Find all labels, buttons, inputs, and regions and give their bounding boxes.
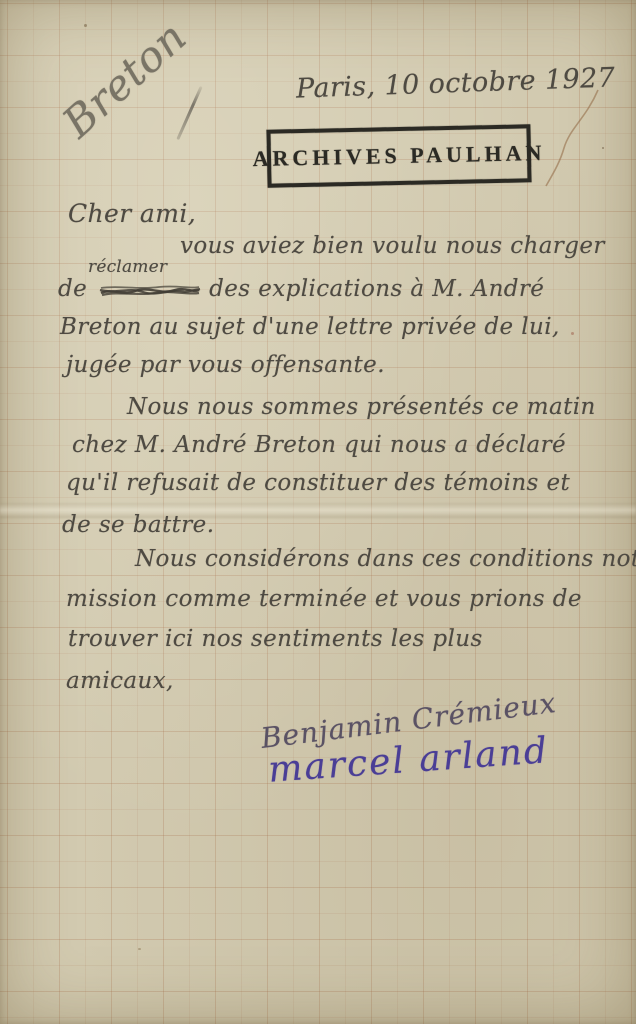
letter-page: Breton Paris, 10 octobre 1927 ARCHIVES P… xyxy=(0,0,636,1024)
pencil-slash-mark xyxy=(176,86,202,140)
letter-line: amicaux, xyxy=(66,668,174,694)
letter-line-rest: des explications à M. André xyxy=(209,276,544,302)
paper-speck xyxy=(571,332,574,335)
letter-line: vous aviez bien voulu nous charger xyxy=(180,233,605,259)
pencil-annotation: Breton xyxy=(53,12,195,147)
letter-line: trouver ici nos sentiments les plus xyxy=(68,626,483,652)
letter-line-prefix: de xyxy=(58,276,87,302)
archive-stamp-label: ARCHIVES PAULHAN xyxy=(252,140,545,172)
letter-line-with-correction: de des explications à M. André réclamer xyxy=(58,276,636,302)
letter-line: jugée par vous offensante. xyxy=(66,352,385,378)
letter-line: Breton au sujet d'une lettre privée de l… xyxy=(60,314,560,340)
letter-line: Nous nous sommes présentés ce matin xyxy=(127,394,596,420)
letter-line: mission comme terminée et vous prions de xyxy=(66,586,582,612)
letter-line: chez M. André Breton qui nous a déclaré xyxy=(72,432,566,458)
crossed-out-word xyxy=(99,278,201,294)
letter-line: de se battre. xyxy=(62,512,214,538)
paper-speck xyxy=(84,24,87,27)
salutation: Cher ami, xyxy=(68,199,196,228)
archive-stamp: ARCHIVES PAULHAN xyxy=(266,124,531,188)
interlinear-correction: réclamer xyxy=(88,257,167,277)
letter-line: Nous considérons dans ces conditions not… xyxy=(135,546,636,572)
paper-speck xyxy=(138,948,141,950)
scratch-mark xyxy=(540,84,610,190)
letter-line: qu'il refusait de constituer des témoins… xyxy=(66,470,570,496)
